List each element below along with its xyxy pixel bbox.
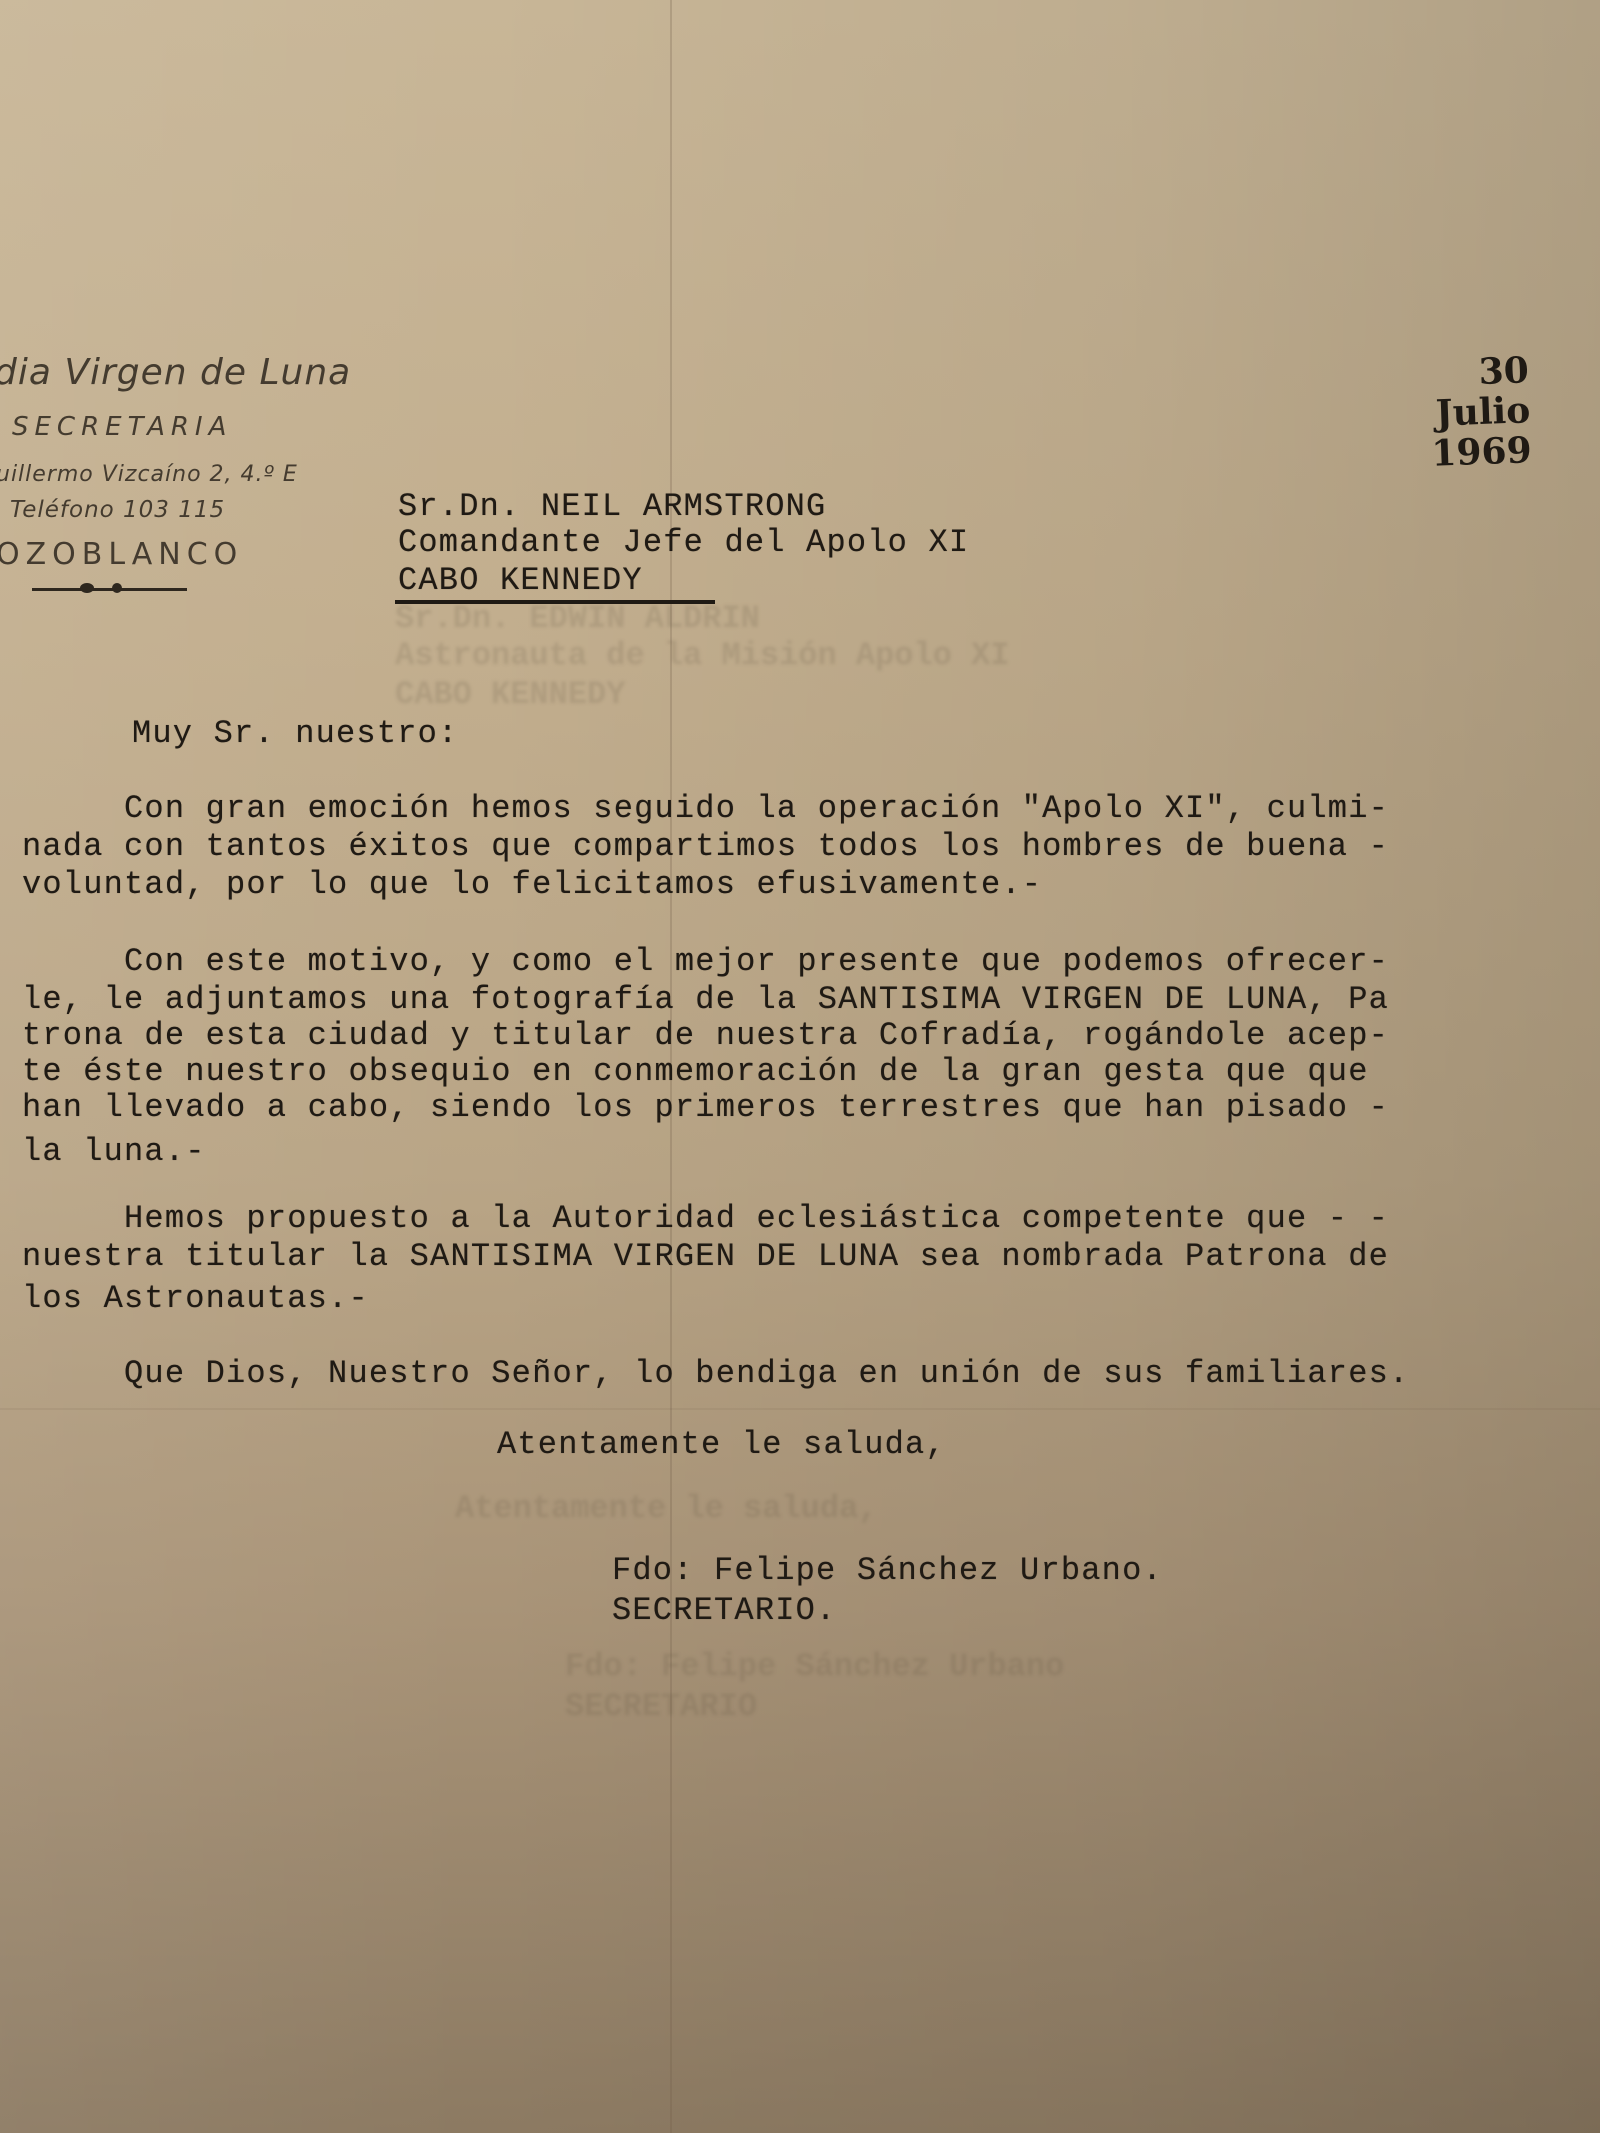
ghost-recipient-line3: CABO KENNEDY [395, 676, 625, 713]
letterhead-ornament-dot [80, 583, 94, 593]
letterhead-address: uillermo Vizcaíno 2, 4.º E [0, 462, 298, 487]
closing: Atentamente le saluda, [497, 1426, 946, 1463]
letterhead-ornament-dot [112, 583, 122, 593]
letterhead-divider [32, 588, 187, 591]
paragraph-line: Que Dios, Nuestro Señor, lo bendiga en u… [22, 1355, 1409, 1392]
letter-date: 30 Julio 1969 [1428, 350, 1532, 473]
recipient-title: Comandante Jefe del Apolo XI [398, 524, 969, 561]
paragraph-line: han llevado a cabo, siendo los primeros … [22, 1089, 1389, 1126]
paragraph-line: trona de esta ciudad y titular de nuestr… [22, 1017, 1389, 1054]
paragraph-line: le, le adjuntamos una fotografía de la S… [22, 981, 1389, 1018]
ghost-recipient-line1: Sr.Dn. EDWIN ALDRIN [395, 600, 760, 637]
date-year: 1969 [1431, 430, 1533, 473]
paragraph-line: Con gran emoción hemos seguido la operac… [22, 790, 1389, 827]
ghost-signature-line2: SECRETARIO [565, 1688, 757, 1725]
paragraph-line: te éste nuestro obsequio en conmemoració… [22, 1053, 1369, 1090]
letterhead-org-name: dia Virgen de Luna [0, 352, 351, 393]
letterhead-city: OZOBLANCO [0, 537, 243, 572]
letterhead-department: SECRETARIA [12, 412, 232, 442]
ghost-signature-line1: Fdo: Felipe Sánchez Urbano [565, 1648, 1064, 1685]
paragraph-line: nada con tantos éxitos que compartimos t… [22, 828, 1389, 865]
letterhead-phone: Teléfono 103 115 [10, 497, 225, 523]
paragraph-line: Hemos propuesto a la Autoridad eclesiást… [22, 1200, 1389, 1237]
signature-name: Fdo: Felipe Sánchez Urbano. [612, 1552, 1163, 1589]
paragraph-line: voluntad, por lo que lo felicitamos efus… [22, 866, 1042, 903]
signature-title: SECRETARIO. [612, 1592, 836, 1629]
paper-fold-horizontal [0, 1408, 1600, 1410]
date-month: Julio [1429, 390, 1531, 433]
recipient-underline [395, 600, 715, 604]
paragraph-line: la luna.- [22, 1133, 206, 1170]
ghost-recipient-line2: Astronauta de la Misión Apolo XI [395, 637, 1010, 674]
salutation: Muy Sr. nuestro: [132, 715, 458, 752]
recipient-location: CABO KENNEDY [398, 562, 643, 599]
paragraph-line: Con este motivo, y como el mejor present… [22, 943, 1389, 980]
ghost-closing: Atentamente le saluda, [455, 1490, 877, 1527]
recipient-name: Sr.Dn. NEIL ARMSTRONG [398, 488, 826, 525]
paragraph-line: nuestra titular la SANTISIMA VIRGEN DE L… [22, 1238, 1389, 1275]
paragraph-line: los Astronautas.- [22, 1280, 369, 1317]
date-day: 30 [1428, 350, 1530, 393]
